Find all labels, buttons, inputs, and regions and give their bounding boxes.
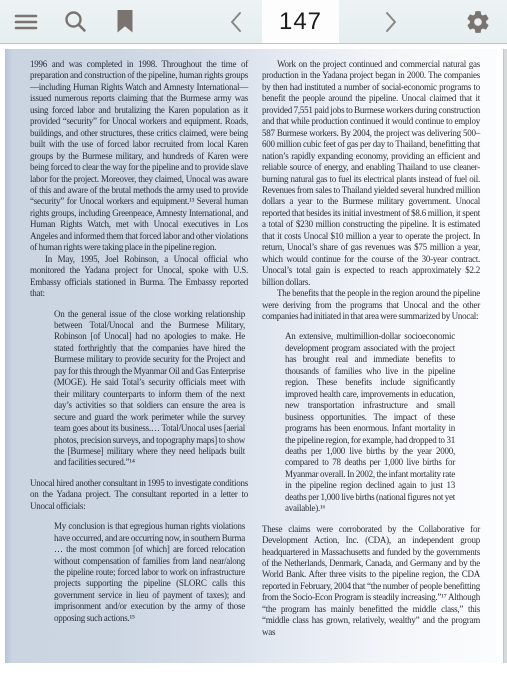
chevron-right-icon [383,11,399,33]
settings-button[interactable] [461,0,495,43]
next-page-edge [503,49,507,663]
block-quote: On the general issue of the close workin… [54,309,245,469]
search-button[interactable] [58,0,92,43]
paragraph: Unocal hired another consultant in 1995 … [30,478,248,512]
paragraph: In May, 1995, Joel Robinson, a Unocal of… [30,254,248,300]
menu-icon [14,13,38,31]
block-quote: An extensive, multimillion-dollar socioe… [285,331,455,514]
chevron-left-icon [228,11,244,33]
block-quote: My conclusion is that egregious human ri… [54,521,245,624]
toolbar: 147 [0,0,507,44]
next-page-button[interactable] [377,0,405,43]
left-column: 1996 and was completed in 1998. Througho… [30,59,248,638]
gear-icon [465,9,491,35]
paragraph: Work on the project continued and commer… [262,59,480,288]
page-number: 147 [279,8,322,36]
previous-page-button[interactable] [222,0,250,43]
paragraph: 1996 and was completed in 1998. Througho… [30,59,248,254]
bookmark-icon [116,10,134,33]
bookmark-button[interactable] [112,0,138,43]
paragraph: The benefits that the people in the regi… [262,288,480,322]
book-page[interactable]: 1996 and was completed in 1998. Througho… [5,49,497,663]
page-number-input[interactable]: 147 [262,0,339,43]
book-view: 1996 and was completed in 1998. Througho… [0,44,507,700]
menu-button[interactable] [12,0,40,43]
right-column: Work on the project continued and commer… [262,59,480,638]
paragraph: These claims were corroborated by the Co… [262,524,480,639]
search-icon [63,9,88,34]
